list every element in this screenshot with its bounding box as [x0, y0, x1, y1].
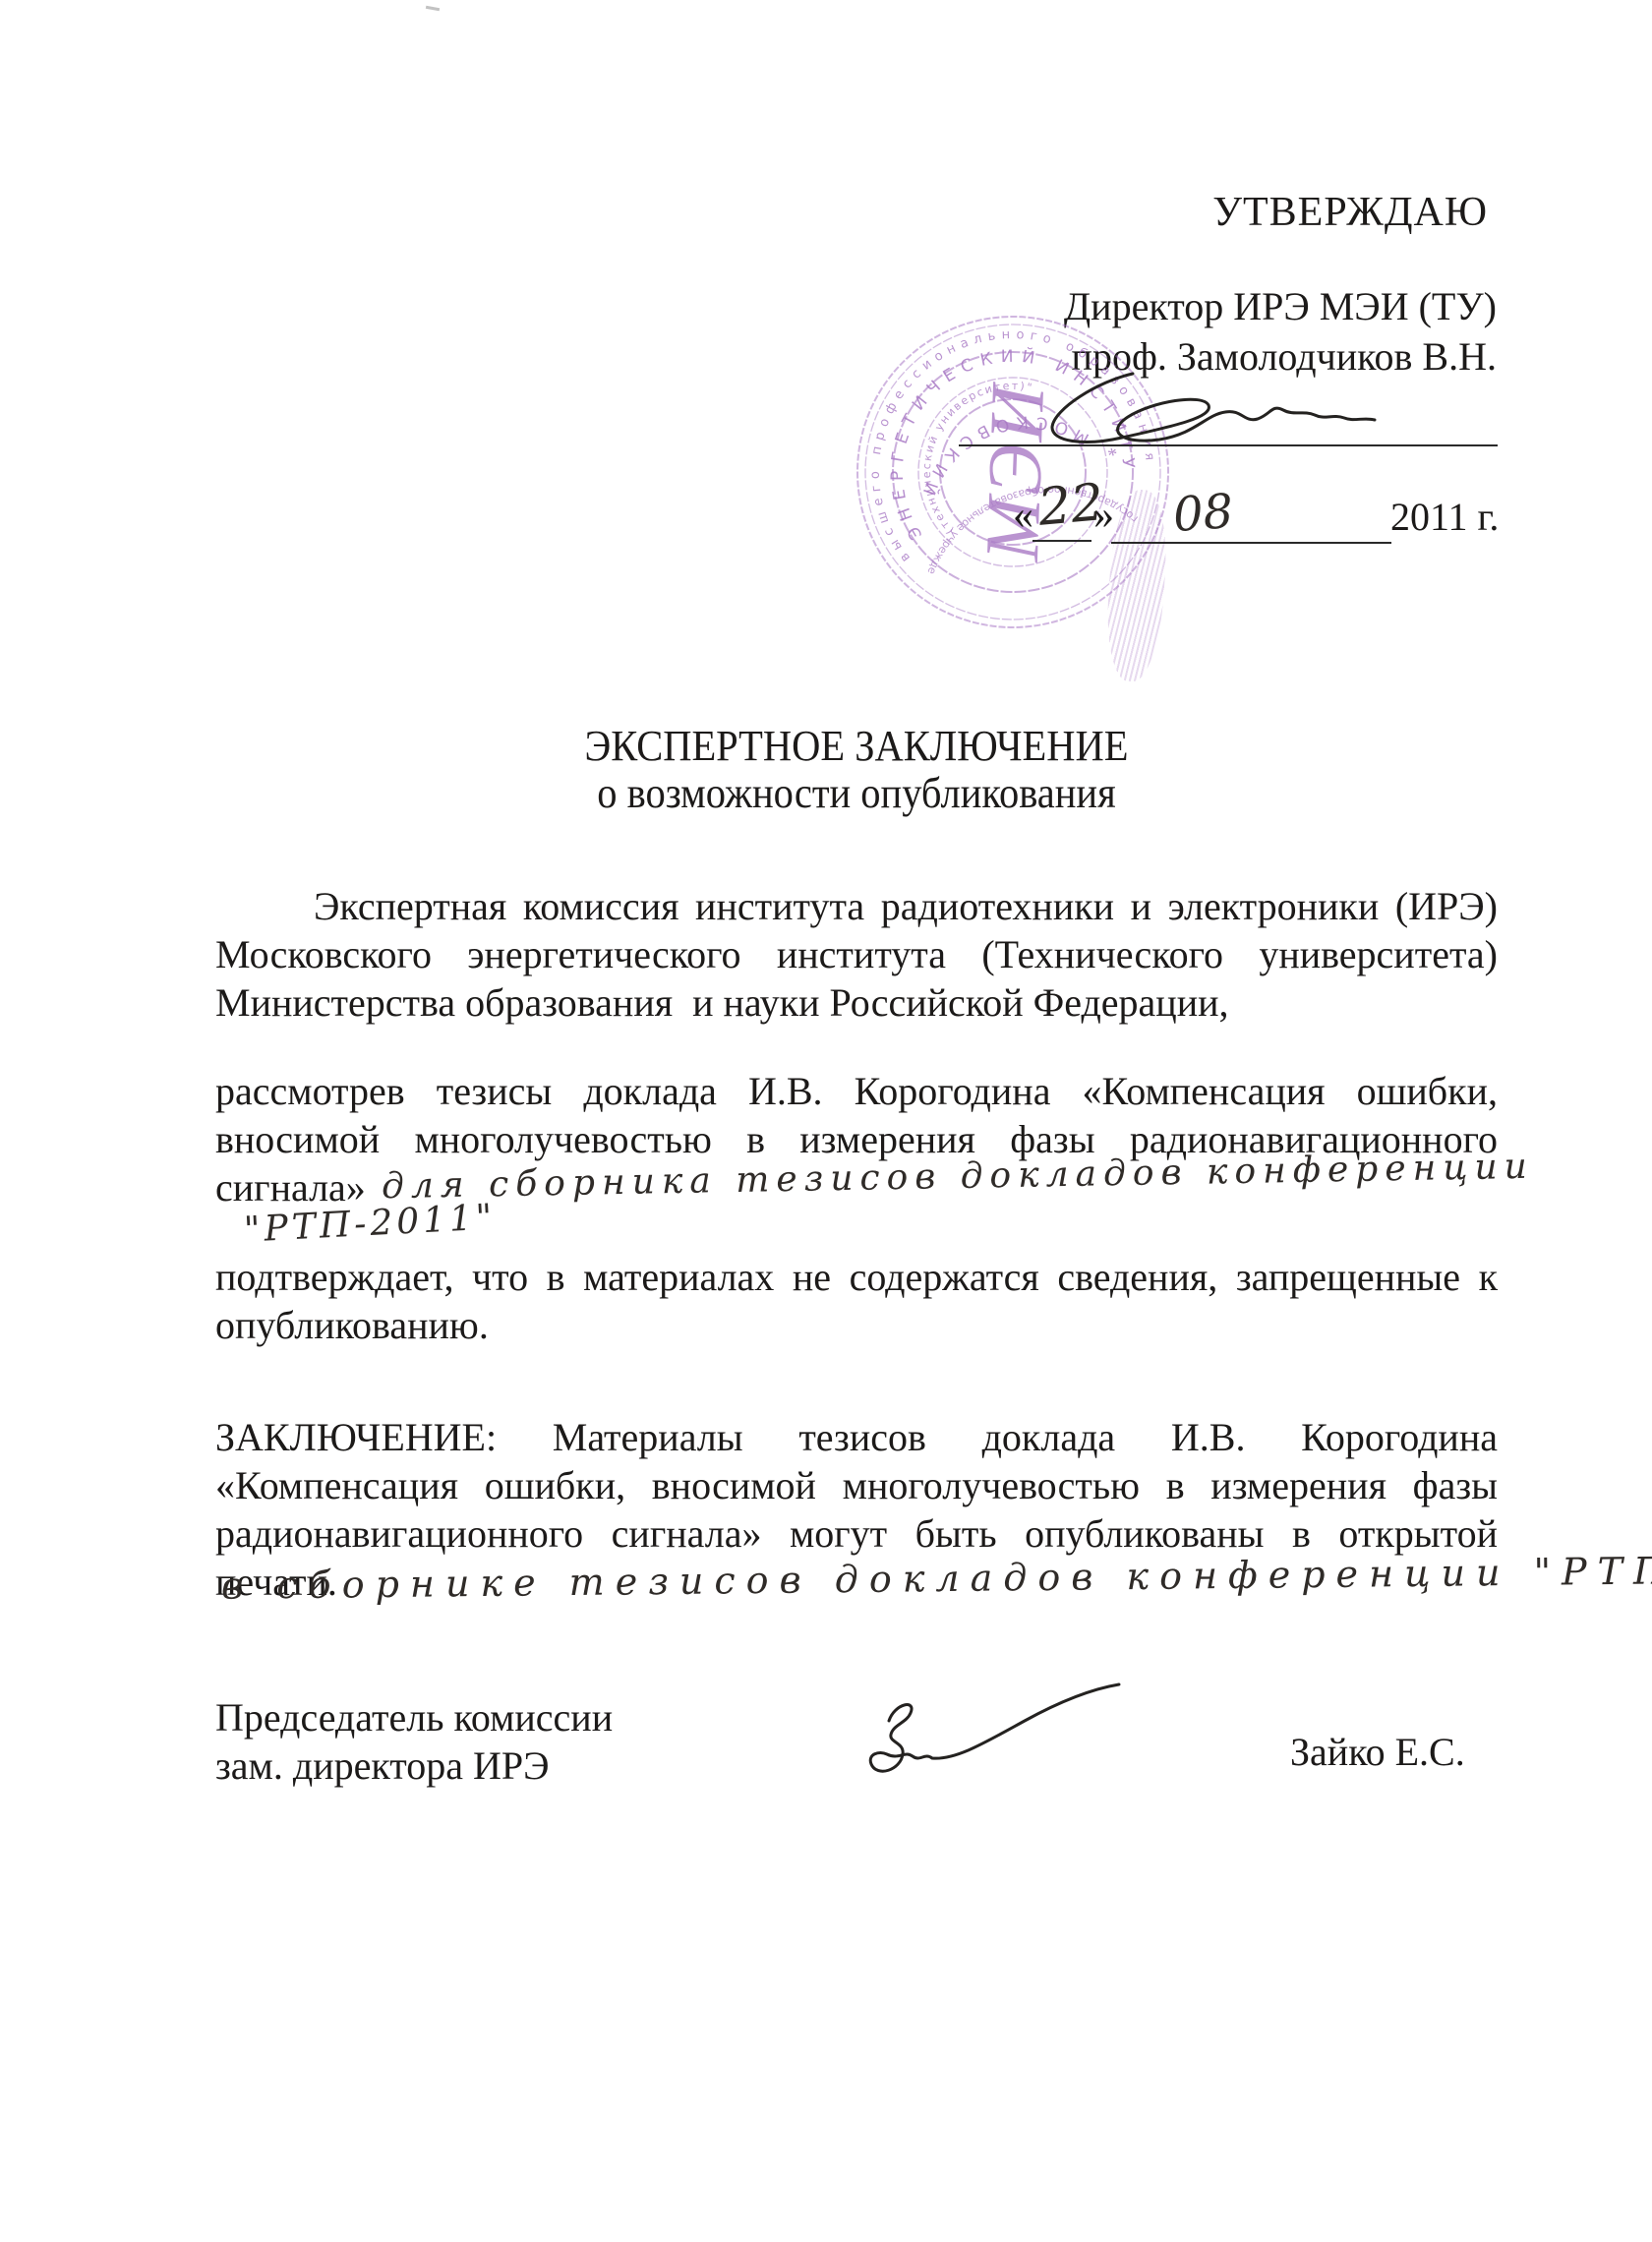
para3-line1: подтверждает, что в материалах не содерж…	[215, 1253, 1498, 1301]
doc-title: ЭКСПЕРТНОЕ ЗАКЛЮЧЕНИЕ о возможности опуб…	[215, 723, 1498, 817]
paragraph-commission: Экспертная комиссия института радиотехни…	[215, 882, 1498, 1027]
signer-name: Зайко Е.С.	[1290, 1729, 1465, 1775]
date-close-quote: »	[1093, 492, 1114, 539]
approve-label: УТВЕРЖДАЮ	[1212, 189, 1488, 236]
conclusion-line2: «Компенсация ошибки, вносимой многолучев…	[215, 1461, 1498, 1509]
paragraph-confirmation: подтверждает, что в материалах не содерж…	[215, 1253, 1498, 1349]
doc-title-line1: ЭКСПЕРТНОЕ ЗАКЛЮЧЕНИЕ	[266, 723, 1446, 770]
para1-line1: Экспертная комиссия института радиотехни…	[215, 882, 1498, 930]
document-page: УТВЕРЖДАЮ Директор ИРЭ МЭИ (ТУ) проф. За…	[0, 0, 1652, 2242]
footer-role-line1: Председатель комиссии	[215, 1693, 613, 1741]
date-year: 2011 г.	[1390, 494, 1499, 540]
para2-line1: рассмотрев тезисы доклада И.В. Корогодин…	[215, 1067, 1498, 1115]
scan-artifact-speck	[426, 6, 440, 11]
para3-line2: опубликованию.	[215, 1301, 1498, 1349]
chair-signature	[838, 1664, 1133, 1811]
date-month-handwritten: 08	[1171, 484, 1235, 543]
doc-title-line2: о возможности опубликования	[266, 770, 1446, 817]
para1-line3: Министерства образования и науки Российс…	[215, 978, 1498, 1027]
date-open-quote: «	[1013, 492, 1033, 539]
footer-roles: Председатель комиссии зам. директора ИРЭ	[215, 1693, 613, 1790]
date-day-underline	[1032, 540, 1091, 542]
director-signature	[1029, 368, 1394, 461]
date-month-underline	[1111, 542, 1391, 544]
conclusion-line1: ЗАКЛЮЧЕНИЕ: Материалы тезисов доклада И.…	[215, 1413, 1498, 1461]
footer-role-line2: зам. директора ИРЭ	[215, 1741, 613, 1790]
para1-line2: Московского энергетического института (Т…	[215, 930, 1498, 978]
